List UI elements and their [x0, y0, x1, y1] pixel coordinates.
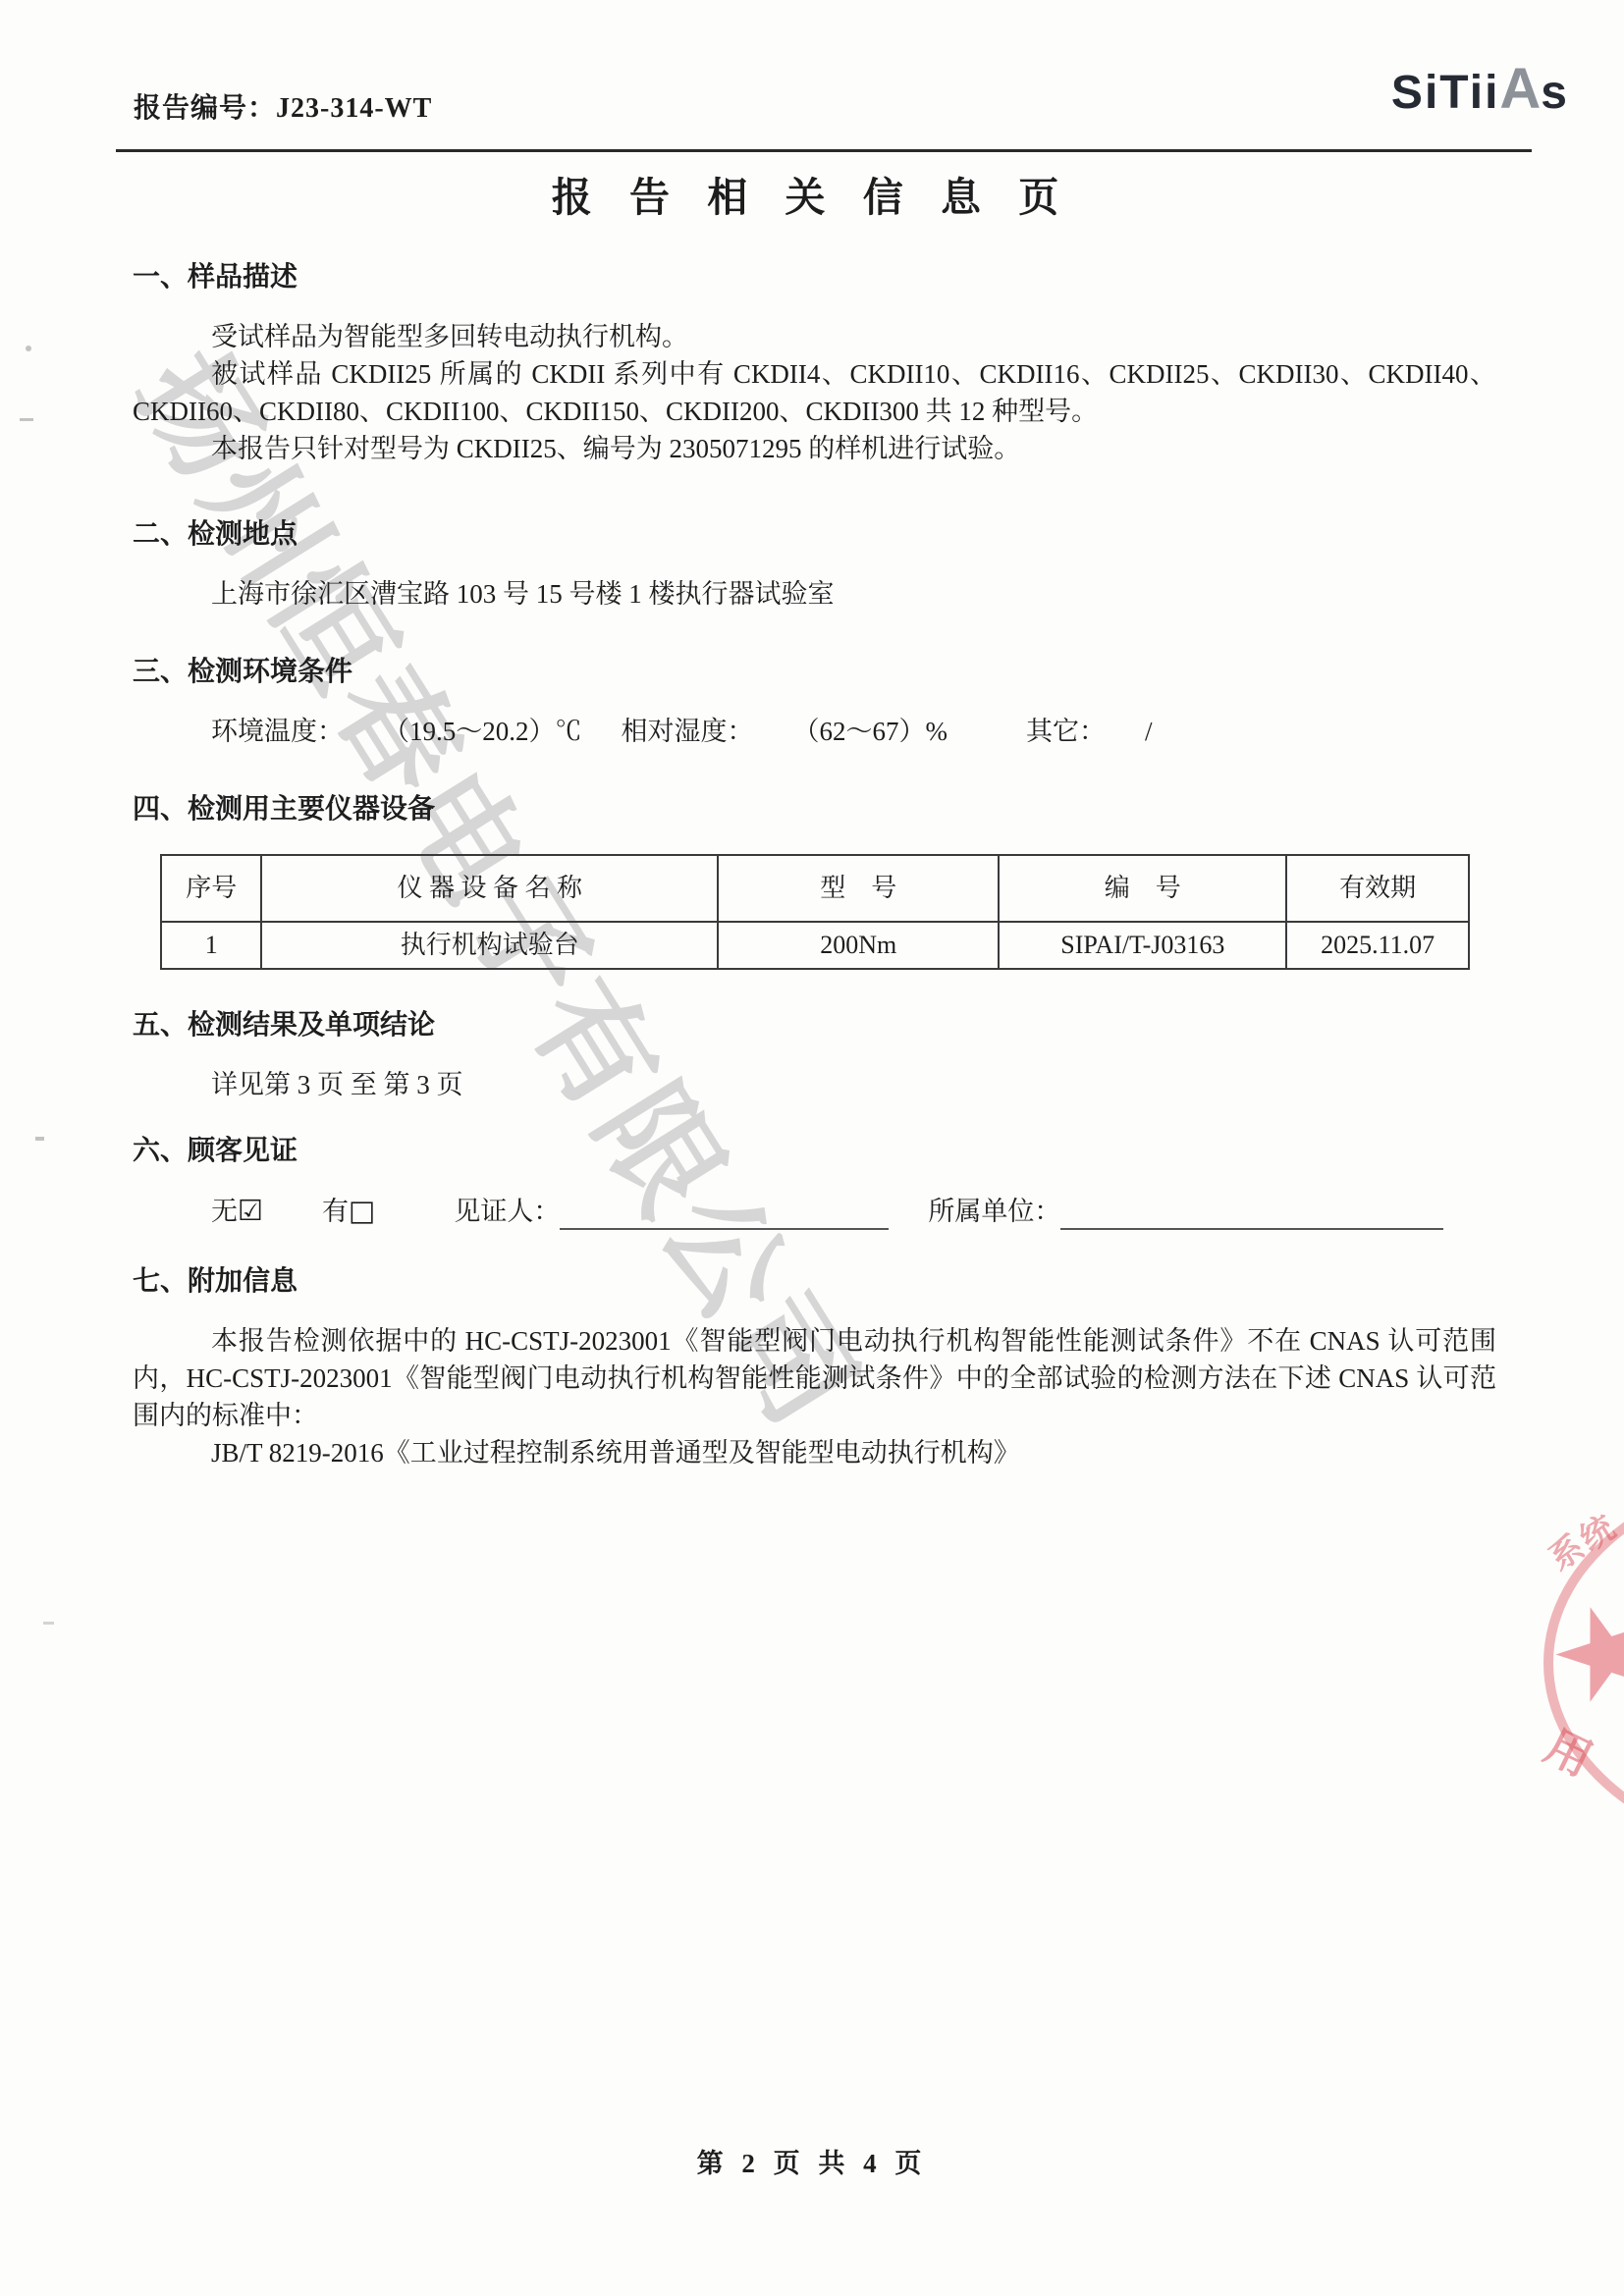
- section-heading-results: 五、检测结果及单项结论: [133, 1007, 1496, 1044]
- scan-artifact: [35, 1137, 44, 1141]
- logo-letter-a: A: [1499, 57, 1541, 121]
- seal-ring: [1543, 1467, 1624, 1859]
- section-heading-test-location: 二、检测地点: [133, 516, 1496, 554]
- environment-conditions-line: 环境温度：（19.5～20.2）℃相对湿度：（62～67）%其它：/: [133, 713, 1496, 750]
- witness-line: 无☑有□见证人：所属单位：: [133, 1192, 1496, 1230]
- table-header-row: 序号 仪 器 设 备 名 称 型 号 编 号 有效期: [161, 855, 1469, 922]
- equipment-table: 序号 仪 器 设 备 名 称 型 号 编 号 有效期 1 执行机构试验台 200…: [160, 854, 1470, 970]
- cell-serial: SIPAI/T-J03163: [999, 922, 1286, 969]
- seal-star-icon: ★: [1536, 1576, 1624, 1729]
- scan-artifact: [26, 346, 31, 351]
- humidity-label: 相对湿度：: [622, 717, 754, 746]
- sample-description-line-2: 被试样品 CKDII25 所属的 CKDII 系列中有 CKDII4、CKDII…: [133, 355, 1496, 430]
- cell-model: 200Nm: [718, 922, 999, 969]
- checkbox-checked-icon: ☑: [238, 1194, 263, 1227]
- other-value: /: [1145, 717, 1153, 746]
- cell-valid: 2025.11.07: [1286, 922, 1469, 969]
- witness-person-blank: [560, 1199, 889, 1230]
- header-cell-valid: 有效期: [1286, 855, 1469, 922]
- section-heading-environment: 三、检测环境条件: [133, 654, 1496, 691]
- additional-info-standard: JB/T 8219-2016《工业过程控制系统用普通型及智能型电动执行机构》: [133, 1434, 1496, 1471]
- report-page: 扬州恒春电子有限公司 报告编号：J23-314-WT SiTiiAs 报 告 相…: [0, 0, 1624, 2296]
- checkbox-empty-icon: □: [349, 1194, 375, 1227]
- results-reference-line: 详见第 3 页 至 第 3 页: [133, 1066, 1496, 1103]
- witness-yes-label: 有: [322, 1197, 349, 1226]
- temperature-label: 环境温度：: [211, 717, 344, 746]
- sitiias-logo: SiTiiAs: [1391, 61, 1569, 118]
- header-cell-name: 仪 器 设 备 名 称: [261, 855, 718, 922]
- section-heading-witness: 六、顾客见证: [133, 1133, 1496, 1170]
- witness-person-label: 见证人：: [454, 1197, 560, 1226]
- sample-description-line-1: 受试样品为智能型多回转电动执行机构。: [133, 318, 1496, 355]
- header-cell-model: 型 号: [718, 855, 999, 922]
- header-cell-serial: 编 号: [999, 855, 1286, 922]
- sample-description-line-3: 本报告只针对型号为 CKDII25、编号为 2305071295 的样机进行试验…: [133, 430, 1496, 467]
- cell-name: 执行机构试验台: [261, 922, 718, 969]
- witness-no-label: 无: [211, 1197, 238, 1226]
- equipment-table-header: 序号 仪 器 设 备 名 称 型 号 编 号 有效期: [161, 855, 1469, 922]
- section-heading-additional-info: 七、附加信息: [133, 1263, 1496, 1301]
- report-body: 一、样品描述 受试样品为智能型多回转电动执行机构。 被试样品 CKDII25 所…: [133, 253, 1496, 1471]
- logo-text-right: s: [1541, 67, 1569, 119]
- witness-org-label: 所属单位：: [928, 1197, 1060, 1226]
- humidity-value: （62～67）%: [793, 717, 948, 746]
- seal-text-top: 系统: [1539, 1500, 1624, 1579]
- additional-info-paragraph: 本报告检测依据中的 HC-CSTJ-2023001《智能型阀门电动执行机构智能性…: [133, 1322, 1496, 1434]
- other-label: 其它：: [1026, 717, 1106, 746]
- test-location-address: 上海市徐汇区漕宝路 103 号 15 号楼 1 楼执行器试验室: [133, 575, 1496, 613]
- witness-org-blank: [1060, 1199, 1443, 1230]
- header-cell-index: 序号: [161, 855, 261, 922]
- header-divider: [116, 149, 1532, 152]
- table-row: 1 执行机构试验台 200Nm SIPAI/T-J03163 2025.11.0…: [161, 922, 1469, 969]
- scan-artifact: [20, 418, 33, 421]
- cell-index: 1: [161, 922, 261, 969]
- section-heading-sample-description: 一、样品描述: [133, 259, 1496, 296]
- report-number: 报告编号：J23-314-WT: [134, 86, 432, 126]
- temperature-value: （19.5～20.2）℃: [383, 717, 582, 746]
- section-heading-equipment: 四、检测用主要仪器设备: [133, 791, 1496, 828]
- seal-text-bottom: 用: [1536, 1711, 1604, 1789]
- scan-artifact: [43, 1622, 54, 1625]
- logo-text-left: SiTii: [1391, 67, 1499, 119]
- page-number-footer: 第 2 页 共 4 页: [0, 2142, 1624, 2180]
- page-title: 报 告 相 关 信 息 页: [0, 165, 1624, 223]
- red-seal-partial: 系统 ★ 用: [1536, 1451, 1624, 1867]
